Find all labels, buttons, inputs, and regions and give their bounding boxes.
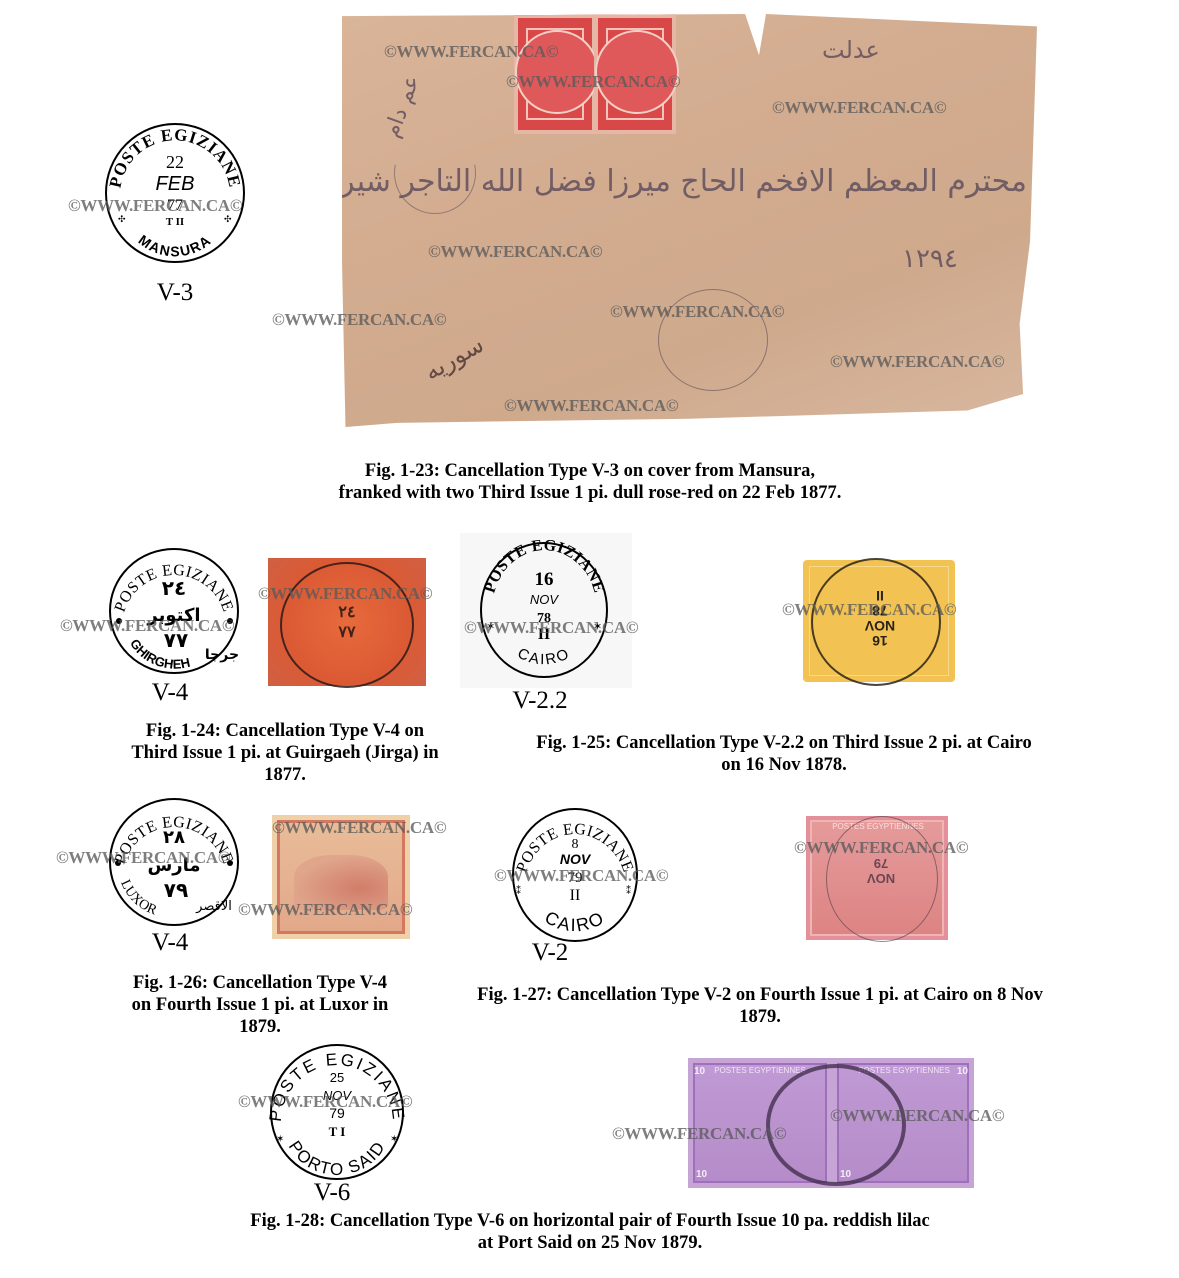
postmark-day: 25 bbox=[330, 1070, 344, 1085]
svg-text:✶: ✶ bbox=[390, 1134, 398, 1145]
postmark-extra: T II bbox=[166, 216, 184, 228]
caption-line: Fig. 1-26: Cancellation Type V-4 bbox=[95, 972, 425, 994]
caption-line: 1879. bbox=[430, 1006, 1090, 1028]
type-label-v2: V-2 bbox=[520, 940, 580, 966]
caption-line: on 16 Nov 1878. bbox=[480, 754, 1088, 776]
type-label-v4-luxor: V-4 bbox=[140, 930, 200, 956]
postmark-day: 8 bbox=[572, 837, 579, 852]
watermark: ©WWW.FERCAN.CA© bbox=[60, 616, 234, 636]
svg-text:CAIRO: CAIRO bbox=[541, 907, 608, 935]
stamp-value: 10 bbox=[957, 1066, 968, 1077]
postmark-extra: II bbox=[570, 887, 581, 904]
caption-fig-1-25: Fig. 1-25: Cancellation Type V-2.2 on Th… bbox=[480, 732, 1088, 776]
postmark-arabic-town: جرجا bbox=[205, 646, 239, 663]
postmark-month: NOV bbox=[560, 851, 592, 867]
caption-fig-1-27: Fig. 1-27: Cancellation Type V-2 on Four… bbox=[430, 984, 1090, 1028]
watermark: ©WWW.FERCAN.CA© bbox=[238, 1092, 412, 1112]
type-label-v2-2: V-2.2 bbox=[500, 688, 580, 714]
postmark-v6-porto-said: POSTE EGIZIANE PORTO SAID 25 NOV 79 T I … bbox=[262, 1042, 412, 1182]
postmark-v3-mansura: POSTE EGIZIANE MANSURA 22 FEB 77 T II ✣✣ bbox=[100, 118, 250, 268]
watermark: ©WWW.FERCAN.CA© bbox=[272, 310, 446, 330]
caption-line: at Port Said on 25 Nov 1879. bbox=[180, 1232, 1000, 1254]
svg-text:LUXOR: LUXOR bbox=[117, 878, 159, 919]
type-label-v4-ghirgheh: V-4 bbox=[140, 680, 200, 706]
top-right-script: عدلت bbox=[822, 36, 880, 64]
left-script: عم دام bbox=[379, 72, 424, 141]
caption-line: on Fourth Issue 1 pi. at Luxor in bbox=[95, 994, 425, 1016]
svg-text:CAIRO: CAIRO bbox=[515, 645, 573, 669]
caption-line: Fig. 1-25: Cancellation Type V-2.2 on Th… bbox=[480, 732, 1088, 754]
caption-fig-1-28: Fig. 1-28: Cancellation Type V-6 on hori… bbox=[180, 1210, 1000, 1254]
watermark: ©WWW.FERCAN.CA© bbox=[830, 352, 1004, 372]
postmark-day: 22 bbox=[166, 152, 184, 172]
stamp-fourth-issue-1pi-cairo: POSTES EGYPTIENNES NOV79 bbox=[806, 816, 948, 940]
caption-line: Third Issue 1 pi. at Guirgaeh (Jirga) in bbox=[95, 742, 475, 764]
postmark-bottom-text: LUXOR bbox=[117, 878, 159, 919]
caption-line: Fig. 1-23: Cancellation Type V-3 on cove… bbox=[280, 460, 900, 482]
postmark-v4-ghirgheh: POSTE EGIZIANE GHIRGHEH ٢٤ اكتوبر ٧٧ جرج… bbox=[104, 543, 244, 679]
watermark: ©WWW.FERCAN.CA© bbox=[238, 900, 412, 920]
watermark: ©WWW.FERCAN.CA© bbox=[612, 1124, 786, 1144]
postmark-day: 16 bbox=[535, 569, 554, 590]
postmark-bottom-text: PORTO SAID bbox=[285, 1137, 390, 1179]
bottom-left-script: سوريه bbox=[419, 330, 488, 386]
postmark-extra: T I bbox=[329, 1124, 346, 1139]
caption-line: 1879. bbox=[95, 1016, 425, 1038]
caption-line: Fig. 1-24: Cancellation Type V-4 on bbox=[95, 720, 475, 742]
stamp-third-issue-1pi-ghirgheh: ٢٤٧٧ bbox=[268, 558, 426, 686]
postmark-arabic-town: الاقصر bbox=[195, 898, 232, 914]
type-label-v3: V-3 bbox=[140, 280, 210, 306]
number-script: ١٢٩٤ bbox=[902, 244, 958, 274]
stamp-value: 10 bbox=[694, 1066, 705, 1077]
caption-line: Fig. 1-27: Cancellation Type V-2 on Four… bbox=[430, 984, 1090, 1006]
watermark: ©WWW.FERCAN.CA© bbox=[464, 618, 638, 638]
postmark-bottom-text: CAIRO bbox=[515, 645, 573, 669]
svg-text:PORTO SAID: PORTO SAID bbox=[285, 1137, 390, 1179]
watermark: ©WWW.FERCAN.CA© bbox=[772, 98, 946, 118]
watermark: ©WWW.FERCAN.CA© bbox=[68, 196, 242, 216]
postmark-year: ٧٩ bbox=[164, 880, 188, 902]
caption-line: Fig. 1-28: Cancellation Type V-6 on hori… bbox=[180, 1210, 1000, 1232]
stamp-third-issue-2pi-cairo: 16NOV78II bbox=[803, 560, 955, 682]
watermark: ©WWW.FERCAN.CA© bbox=[794, 838, 968, 858]
watermark: ©WWW.FERCAN.CA© bbox=[384, 42, 558, 62]
caption-fig-1-26: Fig. 1-26: Cancellation Type V-4 on Four… bbox=[95, 972, 425, 1038]
watermark: ©WWW.FERCAN.CA© bbox=[610, 302, 784, 322]
watermark: ©WWW.FERCAN.CA© bbox=[506, 72, 680, 92]
watermark: ©WWW.FERCAN.CA© bbox=[782, 600, 956, 620]
svg-text:✶: ✶ bbox=[276, 1134, 284, 1145]
caption-line: franked with two Third Issue 1 pi. dull … bbox=[280, 482, 900, 504]
caption-line: 1877. bbox=[95, 764, 475, 786]
watermark: ©WWW.FERCAN.CA© bbox=[504, 396, 678, 416]
watermark: ©WWW.FERCAN.CA© bbox=[258, 584, 432, 604]
cover-partial-postmark bbox=[394, 132, 476, 214]
caption-fig-1-23: Fig. 1-23: Cancellation Type V-3 on cove… bbox=[280, 460, 900, 504]
watermark: ©WWW.FERCAN.CA© bbox=[830, 1106, 1004, 1126]
watermark: ©WWW.FERCAN.CA© bbox=[56, 848, 230, 868]
caption-fig-1-24: Fig. 1-24: Cancellation Type V-4 on Thir… bbox=[95, 720, 475, 786]
postmark-day: ٢٤ bbox=[162, 578, 186, 600]
stamp-value: 10 bbox=[696, 1169, 707, 1180]
watermark: ©WWW.FERCAN.CA© bbox=[494, 866, 668, 886]
type-label-v6: V-6 bbox=[302, 1180, 362, 1206]
postmark-day: ٢٨ bbox=[163, 827, 185, 847]
postmark-month: NOV bbox=[530, 592, 560, 607]
postmark-v2-2-cairo: POSTE EGIZIANE CAIRO 16 NOV 78 II ✶✶ bbox=[477, 540, 612, 680]
postmark-bottom-text: CAIRO bbox=[541, 907, 608, 935]
postmark-month: FEB bbox=[156, 173, 195, 195]
watermark: ©WWW.FERCAN.CA© bbox=[428, 242, 602, 262]
watermark: ©WWW.FERCAN.CA© bbox=[272, 818, 446, 838]
